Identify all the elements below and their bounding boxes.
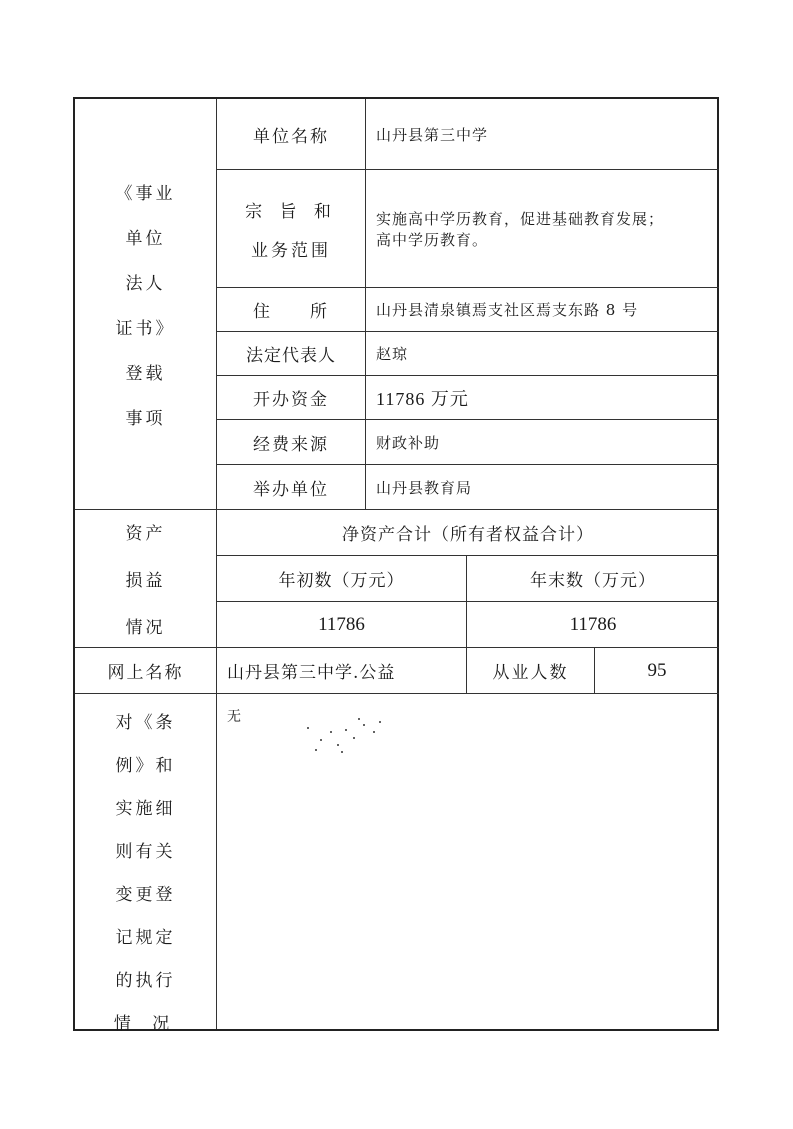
- year-end-value: 11786: [466, 601, 719, 647]
- online-name-label: 网上名称: [75, 647, 216, 693]
- year-end-header: 年末数（万元）: [466, 555, 719, 601]
- legal-representative-value: 赵琼: [365, 331, 719, 375]
- unit-name-label: 单位名称: [216, 99, 365, 169]
- startup-capital-label: 开办资金: [216, 375, 365, 419]
- sponsor-unit-value: 山丹县教育局: [365, 464, 719, 509]
- legal-representative-label: 法定代表人: [216, 331, 365, 375]
- side-label-line: 《事业: [116, 179, 176, 204]
- compliance-value: 无: [216, 693, 719, 1029]
- side-label-line: 证书》: [116, 314, 176, 339]
- compliance-side-label: 对《条 例》和 实施细 则有关 变更登 记规定 的执行 情 况: [75, 693, 216, 1029]
- purpose-scope-value: 实施高中学历教育，促进基础教育发展； 高中学历教育。: [365, 169, 719, 287]
- year-start-value: 11786: [216, 601, 466, 647]
- funding-source-value: 财政补助: [365, 419, 719, 464]
- net-assets-header: 净资产合计（所有者权益合计）: [216, 509, 719, 555]
- sponsor-unit-label: 举办单位: [216, 464, 365, 509]
- certificate-side-label: 《事业 单位 法人 证书》 登载 事项: [75, 99, 216, 509]
- registration-table: 《事业 单位 法人 证书》 登载 事项 单位名称 山丹县第三中学 宗 旨 和 业…: [73, 97, 719, 1031]
- staff-count-value: 95: [594, 647, 719, 693]
- side-label-line: 法人: [126, 269, 166, 294]
- address-label: 住 所: [216, 287, 365, 331]
- startup-capital-value: 11786 万元: [365, 375, 719, 419]
- side-label-line: 单位: [126, 224, 166, 249]
- funding-source-label: 经费来源: [216, 419, 365, 464]
- side-label-line: 事项: [126, 404, 166, 429]
- address-value: 山丹县清泉镇焉支社区焉支东路 8 号: [365, 287, 719, 331]
- side-label-line: 登载: [126, 359, 166, 384]
- assets-side-label: 资产 损益 情况: [75, 509, 216, 647]
- online-name-value: 山丹县第三中学.公益: [216, 647, 466, 693]
- purpose-scope-label: 宗 旨 和 业务范围: [216, 169, 365, 287]
- year-start-header: 年初数（万元）: [216, 555, 466, 601]
- unit-name-value: 山丹县第三中学: [365, 99, 719, 169]
- staff-count-label: 从业人数: [466, 647, 594, 693]
